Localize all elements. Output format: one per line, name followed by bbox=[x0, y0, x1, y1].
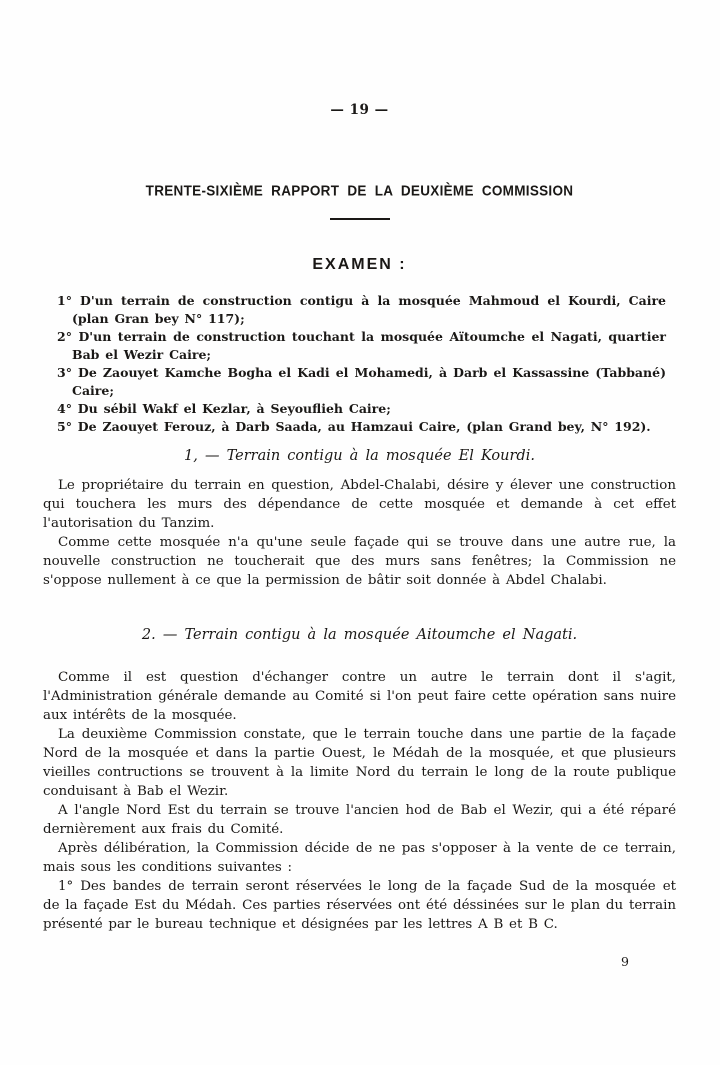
examen-item-3: 3° De Zaouyet Kamche Bogha el Kadi el Mo… bbox=[57, 364, 666, 400]
examen-heading: EXAMEN : bbox=[43, 256, 676, 274]
scanned-report-page: — 19 — TRENTE-SIXIÈME RAPPORT DE LA DEUX… bbox=[0, 0, 720, 1065]
section-2-heading: 2. — Terrain contigu à la mosquée Aitoum… bbox=[43, 626, 676, 645]
examen-item-2: 2° D'un terrain de construction touchant… bbox=[57, 328, 666, 364]
examen-item-4: 4° Du sébil Wakf el Kezlar, à Seyouflieh… bbox=[57, 400, 666, 418]
report-title: TRENTE-SIXIÈME RAPPORT DE LA DEUXIÈME CO… bbox=[43, 182, 676, 199]
section-2-paragraph: 1° Des bandes de terrain seront réservée… bbox=[43, 877, 676, 934]
section-1-paragraph: Le propriétaire du terrain en question, … bbox=[43, 476, 676, 533]
section-2-paragraph: La deuxième Commission constate, que le … bbox=[43, 725, 676, 801]
examen-item-5: 5° De Zaouyet Ferouz, à Darb Saada, au H… bbox=[57, 418, 666, 436]
examen-item-1: 1° D'un terrain de construction contigu … bbox=[57, 292, 666, 328]
section-1-paragraph: Comme cette mosquée n'a qu'une seule faç… bbox=[43, 533, 676, 590]
section-1-heading: 1, — Terrain contigu à la mosquée El Kou… bbox=[43, 447, 676, 466]
page-content: — 19 — TRENTE-SIXIÈME RAPPORT DE LA DEUX… bbox=[43, 0, 676, 934]
page-number: — 19 — bbox=[43, 0, 676, 118]
title-divider-rule bbox=[330, 218, 390, 220]
section-2-body: Comme il est question d'échanger contre … bbox=[43, 668, 676, 934]
section-2-paragraph: Comme il est question d'échanger contre … bbox=[43, 668, 676, 725]
printer-signature: 9 bbox=[621, 955, 629, 969]
examen-list: 1° D'un terrain de construction contigu … bbox=[57, 292, 666, 436]
section-2-paragraph: A l'angle Nord Est du terrain se trouve … bbox=[43, 801, 676, 839]
section-1-body: Le propriétaire du terrain en question, … bbox=[43, 476, 676, 590]
section-2-paragraph: Après délibération, la Commission décide… bbox=[43, 839, 676, 877]
